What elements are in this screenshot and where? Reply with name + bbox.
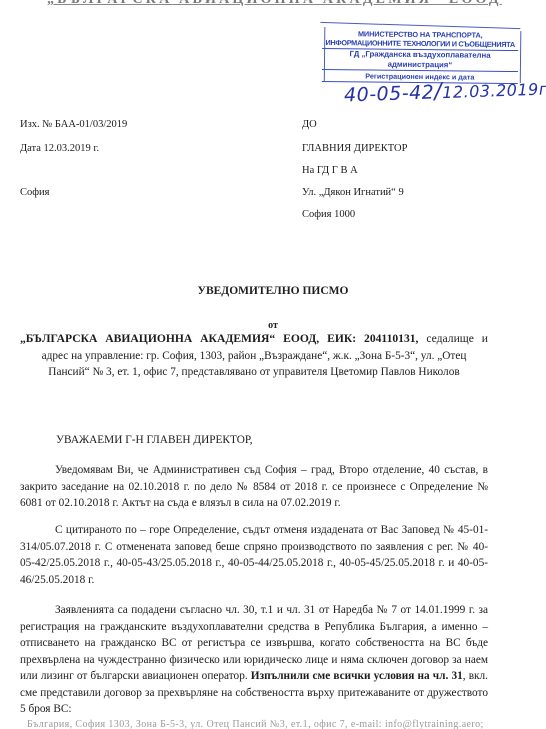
- stamp-border: [520, 31, 522, 83]
- from-label: от: [0, 320, 546, 331]
- paragraph-court-ruling: Уведомявам Ви, че Административен съд Со…: [20, 462, 488, 512]
- company-letterhead: „БЪЛГАРСКА АВИАЦИОННА АКАДЕМИЯ“ ЕООД: [47, 0, 423, 8]
- sender-name: „БЪЛГАРСКА АВИАЦИОННА АКАДЕМИЯ“ ЕООД, ЕИ…: [20, 332, 418, 345]
- recipient-org: На ГД Г В А: [302, 165, 358, 176]
- registration-date: 12.03.2019г: [442, 79, 546, 102]
- recipient-position: ГЛАВНИЯ ДИРЕКТОР: [302, 143, 407, 154]
- salutation: УВАЖАЕМИ Г-Н ГЛАВЕН ДИРЕКТОР,: [56, 434, 253, 446]
- paragraph-applications: Заявленията са подадени съгласно чл. 30,…: [20, 602, 488, 718]
- recipient-street: Ул. „Дякон Игнатий“ 9: [302, 187, 404, 198]
- paragraph-cancelled-order: С цитираното по – горе Определение, съдъ…: [20, 522, 488, 588]
- sender-address: адрес на управление: гр. София, 1303, ра…: [20, 348, 488, 365]
- page-footer: България, София 1303, Зона Б-5-3, ул. От…: [27, 719, 484, 729]
- sender-representative: Пансий“ № 3, ет. 1, офис 7, представлява…: [20, 364, 488, 381]
- stamp-border: [320, 22, 520, 29]
- registration-index: 40-05-42: [344, 81, 435, 106]
- document-title: УВЕДОМИТЕЛНО ПИСМО: [0, 285, 546, 297]
- outgoing-number: Изх. № БАА-01/03/2019: [20, 119, 127, 130]
- paragraph-text: Уведомявам Ви, че Административен съд Со…: [20, 462, 488, 512]
- sender-city: София: [20, 187, 50, 198]
- paragraph-emphasis: Изпълнили сме всички условия на чл. 31: [251, 670, 463, 682]
- letter-page: „БЪЛГАРСКА АВИАЦИОННА АКАДЕМИЯ“ ЕООД МИН…: [0, 0, 546, 729]
- paragraph-text: С цитираното по – горе Определение, съдъ…: [20, 522, 488, 588]
- letter-date: Дата 12.03.2019 г.: [20, 143, 99, 154]
- sender-block: „БЪЛГАРСКА АВИАЦИОННА АКАДЕМИЯ“ ЕООД, ЕИ…: [20, 331, 488, 381]
- recipient-city: София 1000: [302, 209, 355, 220]
- recipient-to: ДО: [302, 119, 317, 130]
- stamp-agency-line-2: администрация“: [322, 59, 518, 72]
- sender-block-text: седалище и: [418, 332, 488, 345]
